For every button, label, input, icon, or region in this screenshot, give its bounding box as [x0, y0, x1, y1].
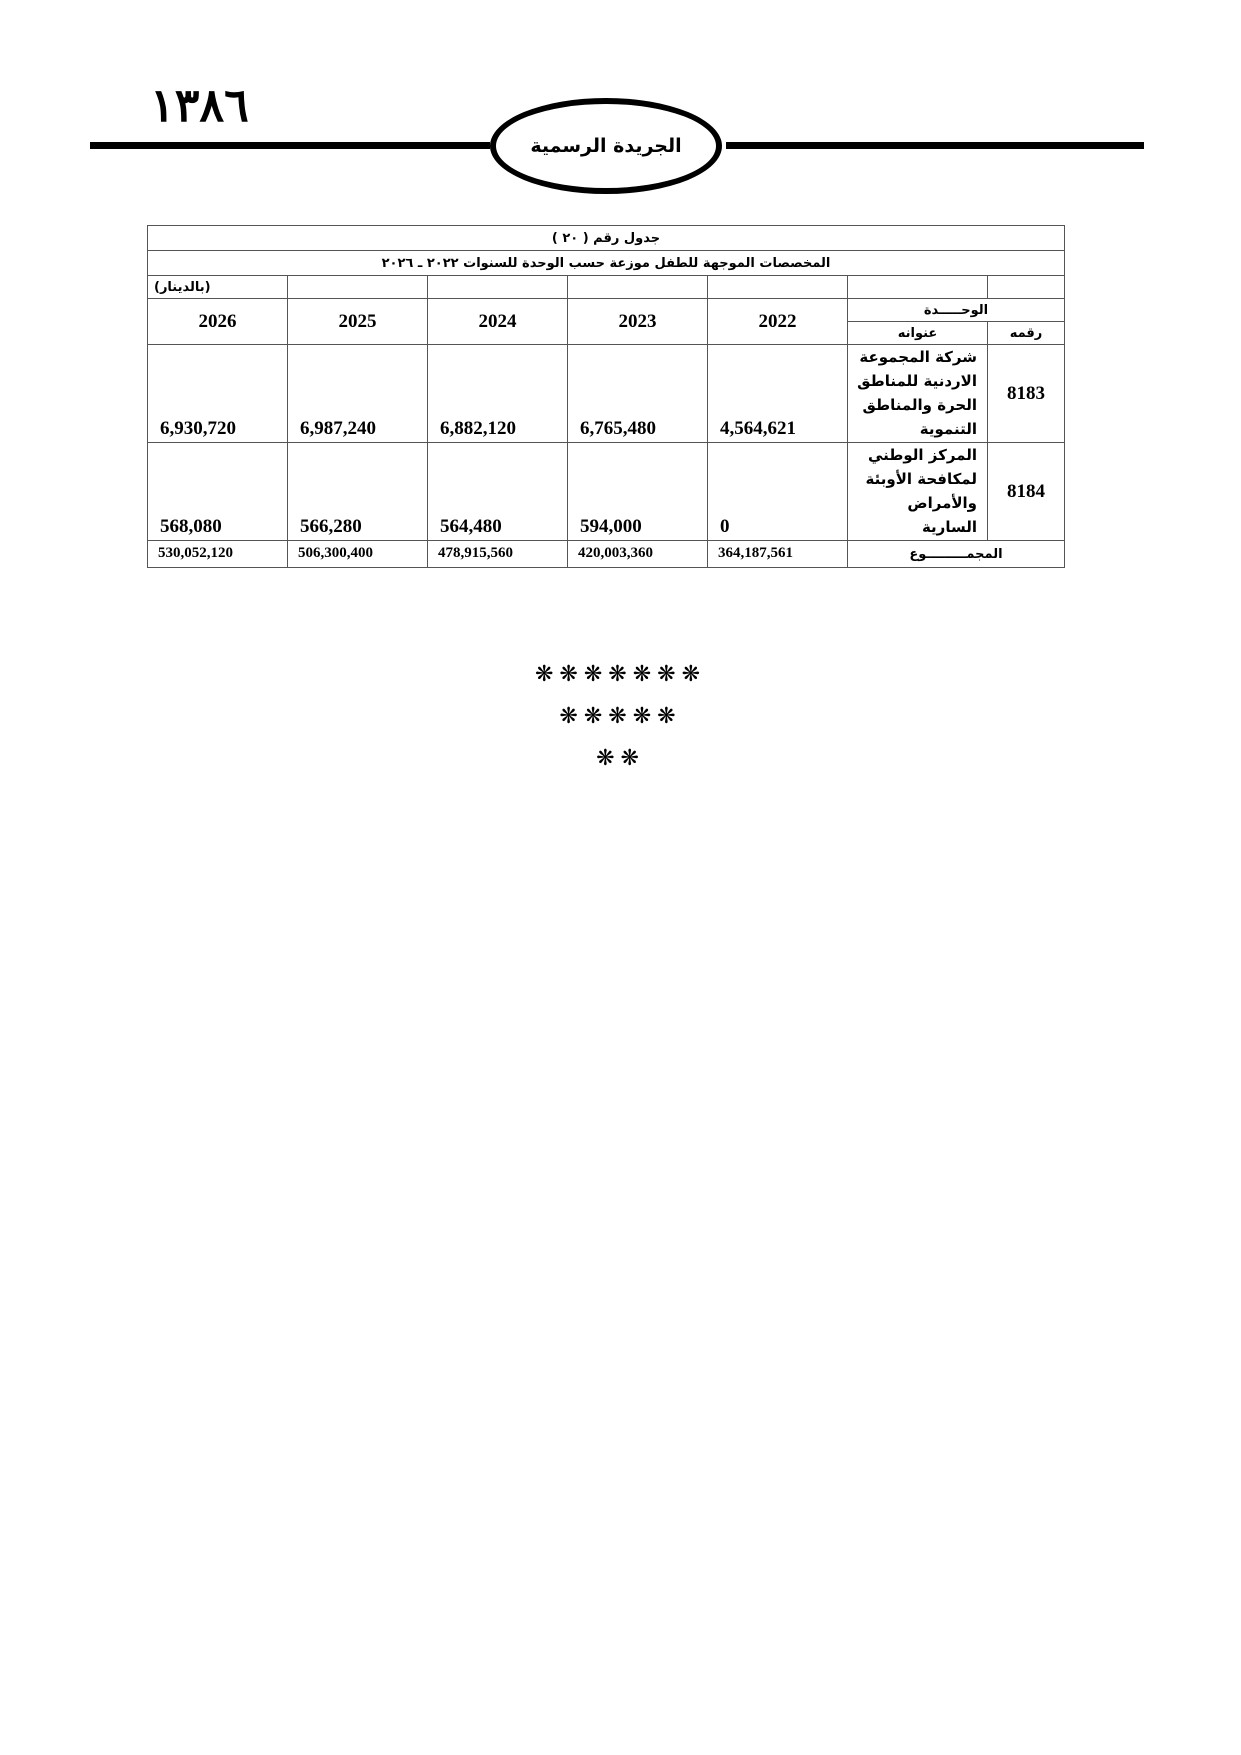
value-cell: 6,765,480	[568, 345, 708, 443]
total-row: المجمـــــــــوع 364,187,561 420,003,360…	[148, 541, 1065, 568]
unit-name: المركز الوطني لمكافحة الأوبئة والأمراض ا…	[848, 443, 988, 541]
empty-cell	[988, 276, 1065, 299]
total-cell: 364,187,561	[708, 541, 848, 568]
unit-name-line: الاردنية للمناطق	[854, 369, 977, 393]
table-title: جدول رقم ( ٢٠ )	[148, 226, 1065, 251]
table-title-row: جدول رقم ( ٢٠ )	[148, 226, 1065, 251]
unit-name-line: شركة المجموعة	[854, 345, 977, 369]
unit-id: 8183	[988, 345, 1065, 443]
value-cell: 6,930,720	[148, 345, 288, 443]
year-header: 2022	[708, 299, 848, 345]
empty-cell	[428, 276, 568, 299]
total-cell: 506,300,400	[288, 541, 428, 568]
allocations-table: جدول رقم ( ٢٠ ) المخصصات الموجهة للطفل م…	[147, 225, 1065, 568]
masthead-oval: الجريدة الرسمية	[490, 98, 722, 194]
masthead-title: الجريدة الرسمية	[530, 135, 681, 157]
total-cell: 478,915,560	[428, 541, 568, 568]
unit-header: الوحـــــدة	[848, 299, 1065, 322]
table-row: 8183 شركة المجموعة الاردنية للمناطق الحر…	[148, 345, 1065, 443]
value-cell: 0	[708, 443, 848, 541]
currency-unit-note: (بالدينار)	[148, 276, 288, 299]
table-row: 8184 المركز الوطني لمكافحة الأوبئة والأم…	[148, 443, 1065, 541]
unit-name: شركة المجموعة الاردنية للمناطق الحرة وال…	[848, 345, 988, 443]
section-divider-stars: ❋❋❋❋❋	[0, 704, 1241, 729]
page-number: ١٣٨٦	[150, 78, 249, 132]
unit-name-line: التنموية	[854, 417, 977, 441]
unit-name-header: عنوانه	[848, 322, 988, 345]
unit-name-line: المركز الوطني	[854, 443, 977, 467]
header-row: الوحـــــدة 2022 2023 2024 2025 2026	[148, 299, 1065, 322]
table-subtitle: المخصصات الموجهة للطفل موزعة حسب الوحدة …	[148, 251, 1065, 276]
year-header: 2026	[148, 299, 288, 345]
unit-id: 8184	[988, 443, 1065, 541]
empty-cell	[568, 276, 708, 299]
total-label: المجمـــــــــوع	[848, 541, 1065, 568]
value-cell: 564,480	[428, 443, 568, 541]
unit-number-header: رقمه	[988, 322, 1065, 345]
total-cell: 530,052,120	[148, 541, 288, 568]
value-cell: 4,564,621	[708, 345, 848, 443]
section-divider-stars: ❋❋❋❋❋❋❋	[0, 662, 1241, 687]
year-header: 2025	[288, 299, 428, 345]
header-rule-right	[726, 142, 1144, 149]
unit-name-line: والأمراض	[854, 491, 977, 515]
unit-name-line: السارية	[854, 515, 977, 539]
year-header: 2024	[428, 299, 568, 345]
empty-cell	[848, 276, 988, 299]
unit-note-row: (بالدينار)	[148, 276, 1065, 299]
value-cell: 594,000	[568, 443, 708, 541]
value-cell: 568,080	[148, 443, 288, 541]
value-cell: 6,882,120	[428, 345, 568, 443]
table-subtitle-row: المخصصات الموجهة للطفل موزعة حسب الوحدة …	[148, 251, 1065, 276]
header-rule-left	[90, 142, 490, 149]
value-cell: 6,987,240	[288, 345, 428, 443]
year-header: 2023	[568, 299, 708, 345]
unit-name-line: الحرة والمناطق	[854, 393, 977, 417]
unit-name-line: لمكافحة الأوبئة	[854, 467, 977, 491]
section-divider-stars: ❋❋	[0, 746, 1241, 771]
empty-cell	[708, 276, 848, 299]
value-cell: 566,280	[288, 443, 428, 541]
total-cell: 420,003,360	[568, 541, 708, 568]
empty-cell	[288, 276, 428, 299]
